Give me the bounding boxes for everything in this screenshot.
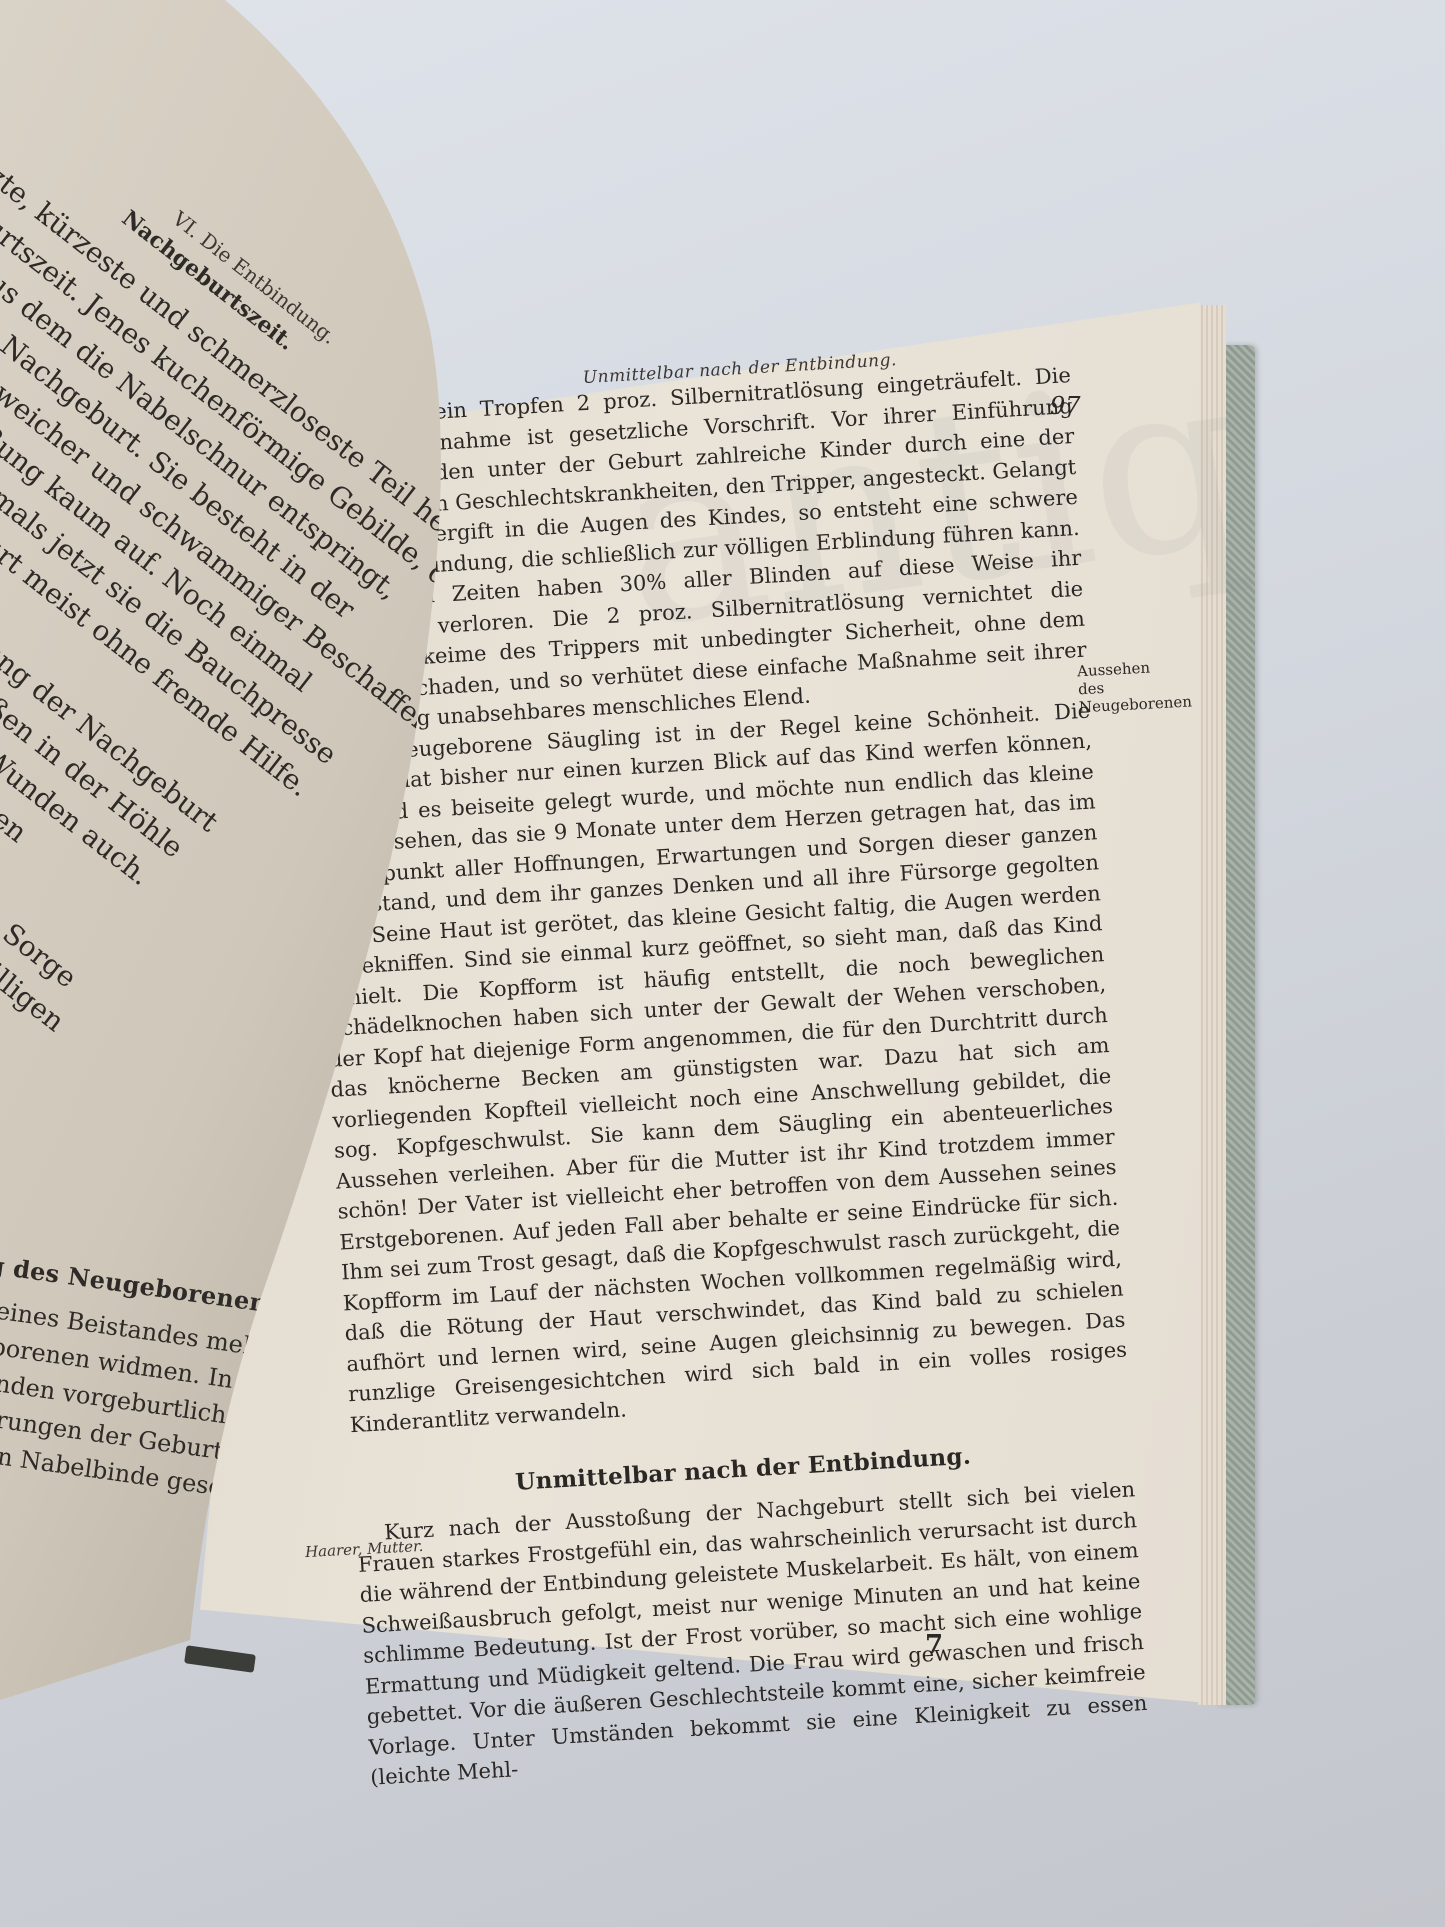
marginal-note: Aussehen des Neugeborenen	[1077, 658, 1170, 717]
paragraph-appearance-text: Der neugeborene Säugling ist in der Rege…	[312, 698, 1127, 1437]
paragraph-appearance-newborn: Der neugeborene Säugling ist in der Rege…	[310, 695, 1129, 1440]
paragraph-after-delivery-text: Kurz nach der Ausstoßung der Nachgeburt …	[357, 1477, 1148, 1789]
book-photo: antiq 97 Unmittelbar nach der Entbindung…	[0, 0, 1445, 1927]
page-block-edges	[1198, 305, 1226, 1706]
paragraph-after-delivery: Kurz nach der Ausstoßung der Nachgeburt …	[355, 1474, 1150, 1793]
left-page-text: VI. Die Entbindung. Nachgeburtszeit. Der…	[0, 40, 380, 1077]
binding-gutter-shadow	[184, 1645, 256, 1673]
printer-signature-mark: 7	[925, 1630, 943, 1660]
